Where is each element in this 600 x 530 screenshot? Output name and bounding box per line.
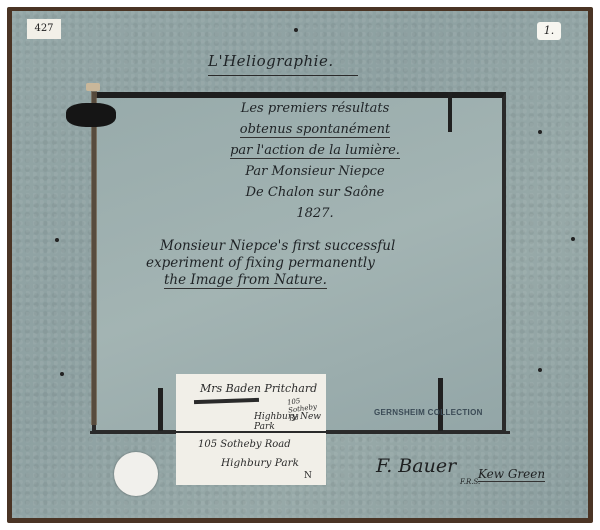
catalog-number-label: 427 [27, 19, 61, 39]
tack-hole [538, 368, 542, 372]
label-mark: N [304, 471, 312, 481]
tack-hole [55, 238, 59, 242]
collection-stamp: GERNSHEIM COLLECTION [374, 408, 483, 417]
french-line: obtenus spontanément [210, 119, 420, 140]
corner-number-label: 1. [537, 22, 561, 40]
fastener-clip [158, 388, 163, 432]
english-inscription: Monsieur Niepce's first successful exper… [146, 238, 395, 289]
english-line: experiment of fixing permanently [146, 255, 395, 272]
french-line: Les premiers résultats [210, 98, 420, 119]
english-line: the Image from Nature. [146, 272, 395, 289]
french-line: par l'action de la lumière. [210, 140, 420, 161]
french-line: De Chalon sur Saône [210, 182, 420, 203]
title-inscription: L'Heliographie. [208, 52, 334, 70]
french-inscription: Les premiers résultats obtenus spontaném… [210, 98, 420, 224]
fastener-clip [438, 378, 443, 434]
crossed-out-line [194, 398, 259, 404]
signature-location: Kew Green [478, 467, 545, 482]
tack-hole [538, 130, 542, 134]
french-line: Par Monsieur Niepce [210, 161, 420, 182]
label-line: Highbury New Park [254, 412, 326, 432]
english-line: Monsieur Niepce's first successful [146, 238, 395, 255]
address-label-top: Mrs Baden Pritchard 105 Sotheby Rd Highb… [176, 374, 326, 432]
tack-hole [571, 237, 575, 241]
nail-head [86, 83, 100, 91]
label-line2: Highbury Park [221, 457, 299, 469]
hanging-hook [66, 103, 116, 127]
tack-hole [60, 372, 64, 376]
address-label-bottom: 105 Sotheby Road Highbury Park N [176, 433, 326, 485]
round-paper-disc [114, 452, 158, 496]
tack-hole [294, 28, 298, 32]
label-name: Mrs Baden Pritchard [200, 382, 317, 395]
signature: F. Bauer [376, 455, 456, 477]
fastener-clip [448, 92, 452, 132]
french-date: 1827. [210, 203, 420, 224]
title-underline [208, 75, 358, 76]
label-line1: 105 Sotheby Road [198, 439, 291, 450]
frame-nail [91, 85, 97, 425]
